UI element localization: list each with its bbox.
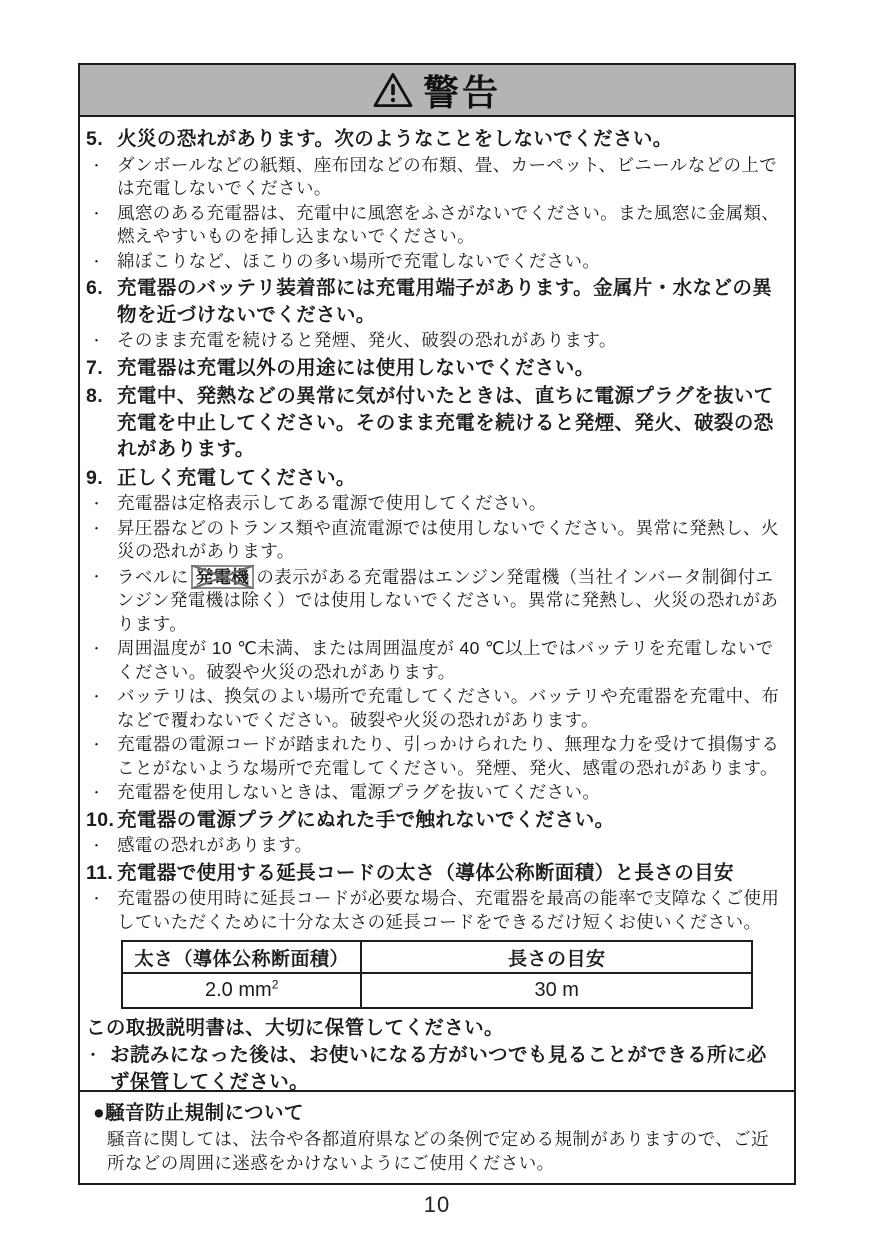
bullet-item-generator: ラベルに発電機の表示がある充電器はエンジン発電機（当社インバータ制御付エンジン発…: [80, 565, 788, 637]
column-header-length: 長さの目安: [361, 941, 752, 973]
item-number: 8.: [86, 383, 103, 410]
bullet-list: 充電器は定格表示してある電源で使用してください。 昇圧器などのトランス類や直流電…: [80, 492, 788, 805]
bullet-item: 充電器は定格表示してある電源で使用してください。: [80, 492, 788, 516]
warning-item-8: 8. 充電中、発熱などの異常に気が付いたときは、直ちに電源プラグを抜いて充電を中…: [80, 383, 788, 463]
item-heading: 7. 充電器は充電以外の用途には使用しないでください。: [80, 355, 788, 382]
item-heading-text: 火災の恐れがあります。次のようなことをしないでください。: [117, 128, 673, 150]
page-number: 10: [0, 1192, 874, 1218]
bullet-item: 周囲温度が 10 ℃未満、または周囲温度が 40 ℃以上ではバッテリを充電しない…: [80, 637, 788, 684]
item-heading-text: 充電器の電源プラグにぬれた手で触れないでください。: [117, 809, 615, 831]
item-heading: 6. 充電器のバッテリ装着部には充電用端子があります。金属片・水などの異物を近づ…: [80, 275, 788, 328]
item-heading: 5. 火災の恐れがあります。次のようなことをしないでください。: [80, 126, 788, 153]
bullet-item: 充電器の使用時に延長コードが必要な場合、充電器を最高の能率で支障なくご使用してい…: [80, 887, 788, 934]
thickness-value: 2.0 mm: [205, 979, 272, 1001]
storage-heading: この取扱説明書は、大切に保管してください。: [80, 1015, 788, 1042]
manual-page: 警告 5. 火災の恐れがあります。次のようなことをしないでください。 ダンボール…: [0, 0, 874, 1240]
item-number: 11.: [86, 860, 113, 887]
cell-length: 30 m: [361, 973, 752, 1008]
bullet-item: 風窓のある充電器は、充電中に風窓をふさがないでください。また風窓に金属類、燃えや…: [80, 202, 788, 249]
item-heading-text: 充電器は充電以外の用途には使用しないでください。: [117, 357, 595, 379]
item-number: 10.: [86, 807, 114, 834]
item-heading: 8. 充電中、発熱などの異常に気が付いたときは、直ちに電源プラグを抜いて充電を中…: [80, 383, 788, 463]
item-heading-text: 充電器のバッテリ装着部には充電用端子があります。金属片・水などの異物を近づけない…: [117, 277, 772, 326]
bullet-item: 綿ぼこりなど、ほこりの多い場所で充電しないでください。: [80, 250, 788, 274]
item-heading: 11. 充電器で使用する延長コードの太さ（導体公称断面積）と長さの目安: [80, 860, 788, 887]
noise-regulation-section: ●騒音防止規制について 騒音に関しては、法令や各都道府県などの条例で定める規制が…: [78, 1090, 796, 1185]
item-number: 5.: [86, 126, 103, 153]
cell-thickness: 2.0 mm2: [122, 973, 361, 1008]
item-heading: 9. 正しく充電してください。: [80, 465, 788, 492]
bullet-list: ダンボールなどの紙類、座布団などの布類、畳、カーペット、ビニールなどの上では充電…: [80, 154, 788, 274]
noise-body-text: 騒音に関しては、法令や各都道府県などの条例で定める規制がありますので、ご近所など…: [93, 1127, 784, 1175]
table-data-row: 2.0 mm2 30 m: [122, 973, 752, 1008]
warning-body: 5. 火災の恐れがあります。次のようなことをしないでください。 ダンボールなどの…: [80, 117, 794, 1131]
column-header-thickness: 太さ（導体公称断面積）: [122, 941, 361, 973]
table-header-row: 太さ（導体公称断面積） 長さの目安: [122, 941, 752, 973]
generator-bullet-prefix: ラベルに: [117, 567, 189, 587]
bullet-item: そのまま充電を続けると発煙、発火、破裂の恐れがあります。: [80, 329, 788, 353]
warning-header: 警告: [80, 65, 794, 117]
warning-item-11: 11. 充電器で使用する延長コードの太さ（導体公称断面積）と長さの目安 充電器の…: [80, 860, 788, 935]
warning-item-6: 6. 充電器のバッテリ装着部には充電用端子があります。金属片・水などの異物を近づ…: [80, 275, 788, 353]
warning-item-7: 7. 充電器は充電以外の用途には使用しないでください。: [80, 355, 788, 382]
item-number: 9.: [86, 465, 103, 492]
bullet-list: そのまま充電を続けると発煙、発火、破裂の恐れがあります。: [80, 329, 788, 353]
bullet-list: 充電器の使用時に延長コードが必要な場合、充電器を最高の能率で支障なくご使用してい…: [80, 887, 788, 934]
bullet-item: 充電器の電源コードが踏まれたり、引っかけられたり、無理な力を受けて損傷することが…: [80, 733, 788, 780]
bullet-item: 昇圧器などのトランス類や直流電源では使用しないでください。異常に発熱し、火災の恐…: [80, 517, 788, 564]
bullet-list: 感電の恐れがあります。: [80, 834, 788, 858]
generator-crossed-label: 発電機: [191, 565, 255, 589]
bullet-item: バッテリは、換気のよい場所で充電してください。バッテリや充電器を充電中、布などで…: [80, 685, 788, 732]
item-heading-text: 正しく充電してください。: [117, 467, 356, 489]
thickness-exponent: 2: [272, 977, 279, 991]
item-heading-text: 充電中、発熱などの異常に気が付いたときは、直ちに電源プラグを抜いて充電を中止して…: [117, 385, 774, 460]
warning-item-10: 10. 充電器の電源プラグにぬれた手で触れないでください。 感電の恐れがあります…: [80, 807, 788, 858]
storage-bullet-item: お読みになった後は、お使いになる方がいつでも見ることができる所に必ず保管してくだ…: [80, 1042, 788, 1096]
bullet-item: ダンボールなどの紙類、座布団などの布類、畳、カーペット、ビニールなどの上では充電…: [80, 154, 788, 201]
item-heading: 10. 充電器の電源プラグにぬれた手で触れないでください。: [80, 807, 788, 834]
item-number: 7.: [86, 355, 103, 382]
warning-section: 警告 5. 火災の恐れがあります。次のようなことをしないでください。 ダンボール…: [78, 63, 796, 1133]
warning-triangle-icon: [373, 72, 413, 108]
warning-item-5: 5. 火災の恐れがあります。次のようなことをしないでください。 ダンボールなどの…: [80, 126, 788, 273]
bullet-item: 感電の恐れがあります。: [80, 834, 788, 858]
warning-title: 警告: [423, 65, 501, 116]
noise-heading: ●騒音防止規制について: [93, 1100, 784, 1126]
bullet-item: 充電器を使用しないときは、電源プラグを抜いてください。: [80, 781, 788, 805]
item-heading-text: 充電器で使用する延長コードの太さ（導体公称断面積）と長さの目安: [117, 862, 734, 884]
cross-out-x-icon: [191, 565, 255, 589]
warning-item-9: 9. 正しく充電してください。 充電器は定格表示してある電源で使用してください。…: [80, 465, 788, 805]
extension-cord-table: 太さ（導体公称断面積） 長さの目安 2.0 mm2 30 m: [121, 940, 753, 1009]
item-number: 6.: [86, 275, 103, 302]
